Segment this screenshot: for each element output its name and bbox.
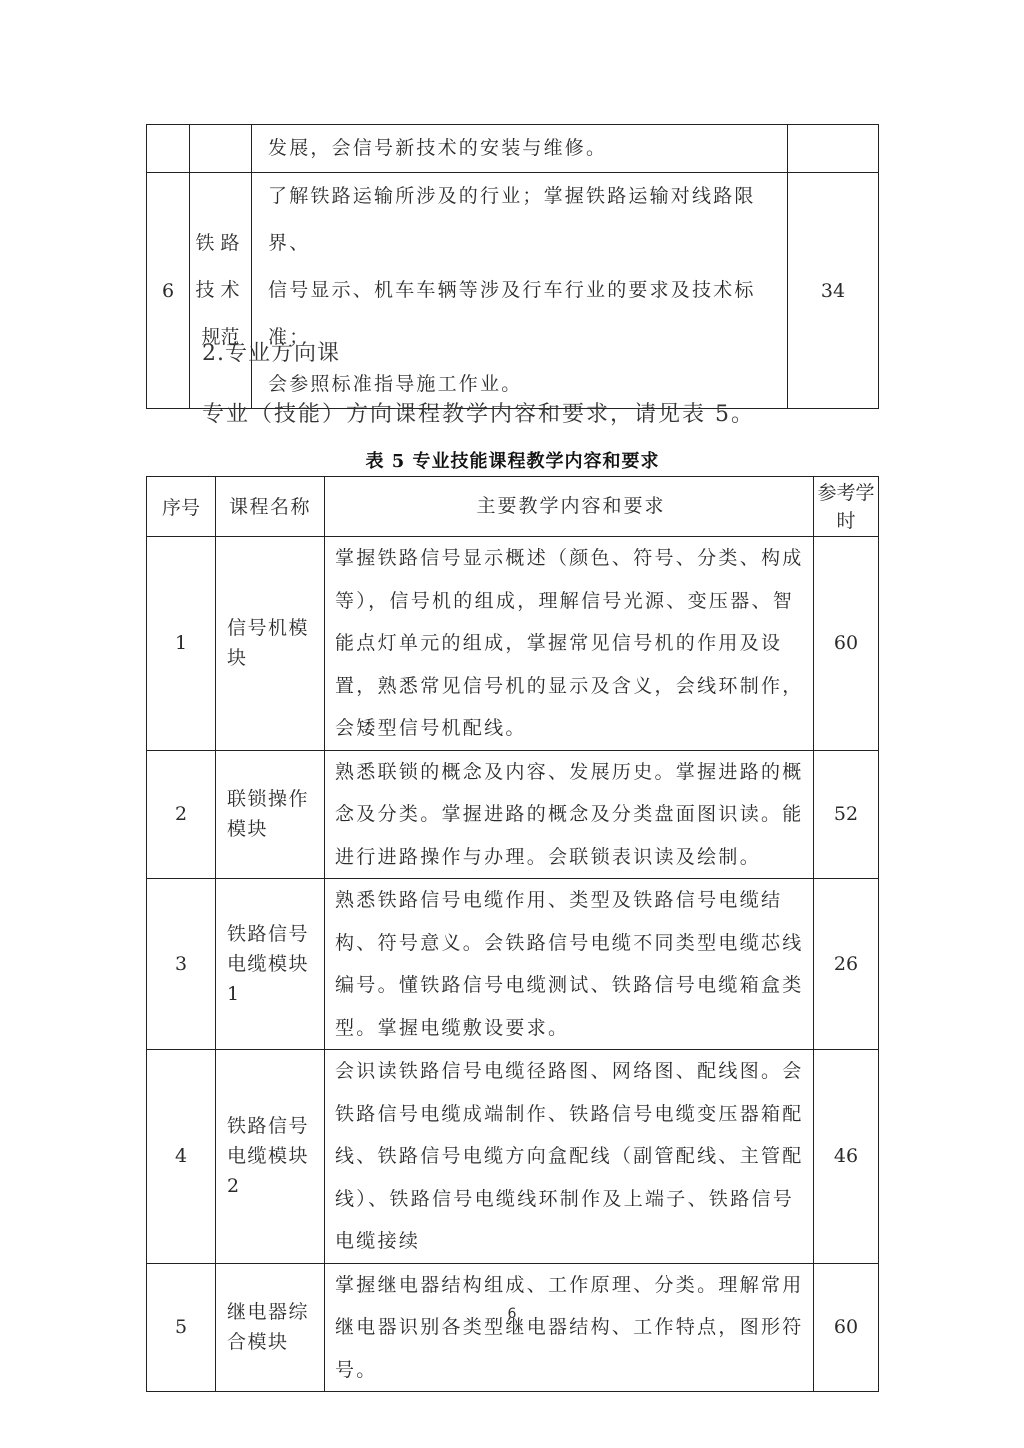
table-header-row: 序号 课程名称 主要教学内容和要求 参考学时 xyxy=(147,477,879,537)
course-name: 继电器综合模块 xyxy=(216,1263,325,1392)
table-row: 1 信号机模块 掌握铁路信号显示概述（颜色、符号、分类、构成等），信号机的组成，… xyxy=(147,537,879,751)
course-content: 发展，会信号新技术的安装与维修。 xyxy=(252,125,788,173)
content-line: 信号显示、机车车辆等涉及行车行业的要求及技术标准； xyxy=(268,267,787,361)
course-name: 联锁操作模块 xyxy=(216,750,325,879)
course-hours: 34 xyxy=(788,173,879,409)
table-row: 5 继电器综合模块 掌握继电器结构组成、工作原理、分类。理解常用继电器识别各类型… xyxy=(147,1263,879,1392)
course-hours: 60 xyxy=(814,537,879,751)
header-content: 主要教学内容和要求 xyxy=(325,477,814,537)
course-content: 了解铁路运输所涉及的行业；掌握铁路运输对线路限界、 信号显示、机车车辆等涉及行车… xyxy=(252,173,788,409)
course-hours: 46 xyxy=(814,1050,879,1264)
course-name: 信号机模块 xyxy=(216,537,325,751)
page-number: 6 xyxy=(0,1306,1024,1322)
course-content: 掌握继电器结构组成、工作原理、分类。理解常用继电器识别各类型继电器结构、工作特点… xyxy=(325,1263,814,1392)
section-heading: 2.专业方向课 xyxy=(202,336,340,367)
table-caption: 表 5 专业技能课程教学内容和要求 xyxy=(146,447,879,473)
row-number xyxy=(147,125,190,173)
course-content: 熟悉铁路信号电缆作用、类型及铁路信号电缆结构、符号意义。会铁路信号电缆不同类型电… xyxy=(325,879,814,1050)
table-row: 发展，会信号新技术的安装与维修。 xyxy=(147,125,879,173)
course-hours xyxy=(788,125,879,173)
course-content: 会识读铁路信号电缆径路图、网络图、配线图。会铁路信号电缆成端制作、铁路信号电缆变… xyxy=(325,1050,814,1264)
course-name: 铁路 技术 规范 xyxy=(190,173,252,409)
course-hours: 26 xyxy=(814,879,879,1050)
course-content: 掌握铁路信号显示概述（颜色、符号、分类、构成等），信号机的组成，理解信号光源、变… xyxy=(325,537,814,751)
header-no: 序号 xyxy=(147,477,216,537)
row-number: 2 xyxy=(147,750,216,879)
course-name-line: 铁路 xyxy=(190,220,251,267)
table-5: 序号 课程名称 主要教学内容和要求 参考学时 1 信号机模块 掌握铁路信号显示概… xyxy=(146,476,879,1392)
table-row: 6 铁路 技术 规范 了解铁路运输所涉及的行业；掌握铁路运输对线路限界、 信号显… xyxy=(147,173,879,409)
section-paragraph: 专业（技能）方向课程教学内容和要求，请见表 5。 xyxy=(202,397,755,428)
course-name xyxy=(190,125,252,173)
row-number: 1 xyxy=(147,537,216,751)
course-hours: 52 xyxy=(814,750,879,879)
row-number: 3 xyxy=(147,879,216,1050)
table-row: 3 铁路信号电缆模块 1 熟悉铁路信号电缆作用、类型及铁路信号电缆结构、符号意义… xyxy=(147,879,879,1050)
course-name: 铁路信号电缆模块 1 xyxy=(216,879,325,1050)
course-content: 熟悉联锁的概念及内容、发展历史。掌握进路的概念及分类。掌握进路的概念及分类盘面图… xyxy=(325,750,814,879)
header-name: 课程名称 xyxy=(216,477,325,537)
row-number: 5 xyxy=(147,1263,216,1392)
header-hours: 参考学时 xyxy=(814,477,879,537)
course-name-line: 技术 xyxy=(190,267,251,314)
table-row: 2 联锁操作模块 熟悉联锁的概念及内容、发展历史。掌握进路的概念及分类。掌握进路… xyxy=(147,750,879,879)
content-line: 了解铁路运输所涉及的行业；掌握铁路运输对线路限界、 xyxy=(268,173,787,267)
row-number: 6 xyxy=(147,173,190,409)
row-number: 4 xyxy=(147,1050,216,1264)
table-row: 4 铁路信号电缆模块 2 会识读铁路信号电缆径路图、网络图、配线图。会铁路信号电… xyxy=(147,1050,879,1264)
course-name: 铁路信号电缆模块 2 xyxy=(216,1050,325,1264)
course-hours: 60 xyxy=(814,1263,879,1392)
